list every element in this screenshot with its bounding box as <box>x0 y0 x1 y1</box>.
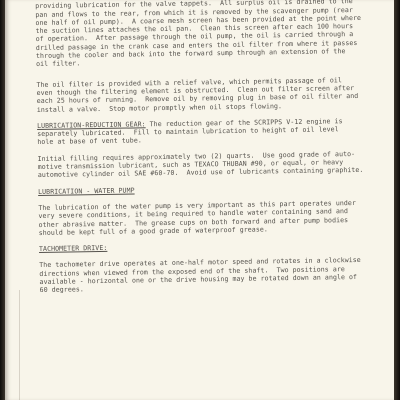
paragraph-oil-system: ... valve tapped chambers on each side o… <box>35 0 376 69</box>
section-heading-tachometer: TACHOMETER DRIVE: <box>39 240 379 254</box>
typewritten-text: ... valve tapped chambers on each side o… <box>35 0 380 303</box>
paragraph-tachometer-heading: TACHOMETER DRIVE: <box>39 240 379 254</box>
paragraph-reduction-gear: LUBRICATION-REDUCTION GEAR: The reductio… <box>37 117 377 147</box>
paragraph-oil-filter: The oil filter is provided with a relief… <box>36 75 376 114</box>
paragraph-initial-filling: Initial filling requires approximately t… <box>38 149 378 179</box>
paragraph-tachometer: The tachometer drive operates at one-hal… <box>39 256 379 295</box>
section-heading-water-pump: LUBRICATION - WATER PUMP <box>38 182 378 196</box>
paragraph-water-pump: The lubrication of the water pump is ver… <box>38 199 378 238</box>
paragraph-water-pump-heading: LUBRICATION - WATER PUMP <box>38 182 378 196</box>
page-crease <box>19 290 20 400</box>
scan-edge-right <box>394 0 400 400</box>
